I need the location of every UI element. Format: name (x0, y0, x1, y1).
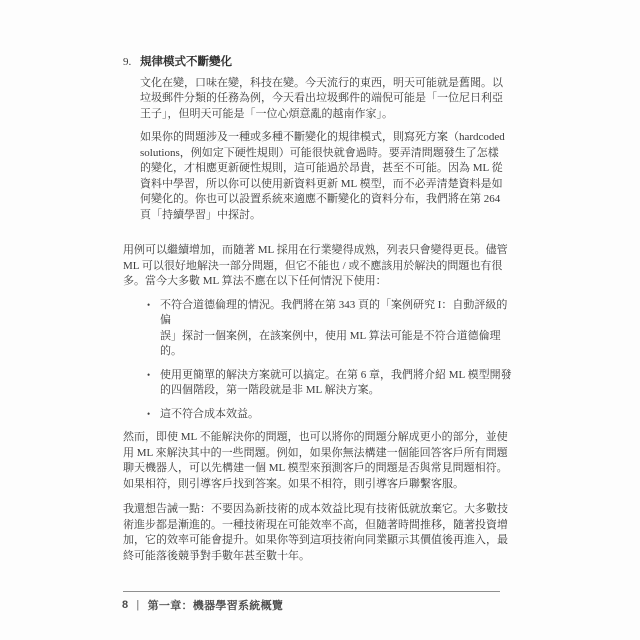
bullet-text: 不符合道德倫理的情況。我們將在第 343 頁的「案例研究 I：自動評級的偏 誤」… (160, 298, 515, 360)
bullet-list: • 不符合道德倫理的情況。我們將在第 343 頁的「案例研究 I：自動評級的偏 … (123, 298, 515, 423)
bullet-item-not-cost-effective: • 這不符合成本效益。 (147, 407, 515, 423)
paragraph-cost-effectiveness-warning: 我還想告誡一點：不要因為新技術的成本效益比現有技術低就放棄它。大多數技 術進步都… (123, 502, 515, 564)
page-footer: 8 | 第一章：機器學習系統概覽 (122, 597, 283, 613)
section-heading: 規律模式不斷變化 (140, 55, 515, 71)
page-content: 9. 規律模式不斷變化 文化在變，口味在變，科技在變。今天流行的東西，明天可能就… (123, 55, 515, 572)
chapter-title: 第一章：機器學習系統概覽 (148, 597, 284, 613)
bullet-item-simpler-solution: • 使用更簡單的解決方案就可以搞定。在第 6 章，我們將介紹 ML 模型開發 的… (147, 368, 515, 399)
paragraph-hardcoded-solutions: 如果你的問題涉及一種或多種不斷變化的規律模式，則寫死方案（hardcoded s… (140, 130, 515, 223)
bullet-icon: • (147, 298, 160, 314)
bullet-text: 這不符合成本效益。 (160, 407, 515, 423)
paragraph-break-problem-down: 然而，即使 ML 不能解決你的問題，也可以將你的問題分解成更小的部分，並使 用 … (123, 430, 515, 492)
book-page: 9. 規律模式不斷變化 文化在變，口味在變，科技在變。今天流行的東西，明天可能就… (0, 0, 640, 640)
bullet-item-unethical: • 不符合道德倫理的情況。我們將在第 343 頁的「案例研究 I：自動評級的偏 … (147, 298, 515, 360)
list-item-body: 規律模式不斷變化 文化在變，口味在變，科技在變。今天流行的東西，明天可能就是舊聞… (140, 55, 515, 233)
paragraph-use-cases-grow: 用例可以繼續增加，而隨著 ML 採用在行業變得成熟，列表只會變得更長。儘管 ML… (123, 243, 515, 290)
page-number: 8 (122, 599, 128, 611)
paragraph-culture-changes: 文化在變，口味在變，科技在變。今天流行的東西，明天可能就是舊聞。以 垃圾郵件分類… (140, 76, 515, 123)
numbered-list-item-9: 9. 規律模式不斷變化 文化在變，口味在變，科技在變。今天流行的東西，明天可能就… (123, 55, 515, 233)
bullet-icon: • (147, 368, 160, 384)
list-item-number: 9. (123, 55, 140, 71)
footer-separator: | (136, 599, 139, 611)
bullet-text: 使用更簡單的解決方案就可以搞定。在第 6 章，我們將介紹 ML 模型開發 的四個… (160, 368, 515, 399)
bullet-icon: • (147, 407, 160, 423)
footer-divider (123, 591, 500, 592)
